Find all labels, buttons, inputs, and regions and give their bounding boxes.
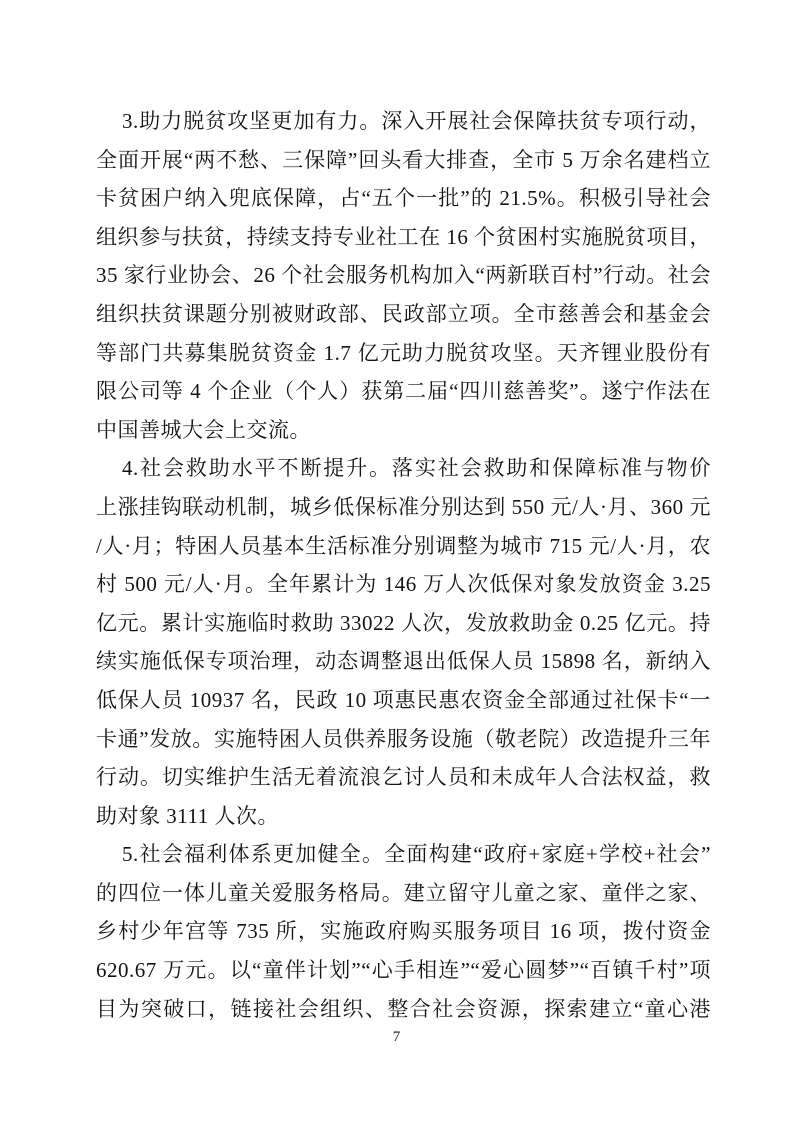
text-line: 5.社会福利体系更加健全。全面构建“政府+家庭+学校+社会” [96,835,711,874]
document-page: 3.助力脱贫攻坚更加有力。深入开展社会保障扶贫专项行动， 全面开展“两不愁、三保… [0,0,793,1122]
text-line: 续实施低保专项治理，动态调整退出低保人员 15898 名，新纳入 [96,642,711,681]
paragraph-3-poverty-alleviation: 3.助力脱贫攻坚更加有力。深入开展社会保障扶贫专项行动， 全面开展“两不愁、三保… [96,102,711,449]
paragraph-4-social-assistance: 4.社会救助水平不断提升。落实社会救助和保障标准与物价 上涨挂钩联动机制，城乡低… [96,449,711,835]
text-line: 等部门共募集脱贫资金 1.7 亿元助力脱贫攻坚。天齐锂业股份有 [96,334,711,373]
text-line: 低保人员 10937 名，民政 10 项惠民惠农资金全部通过社保卡“一 [96,681,711,720]
text-line: 3.助力脱贫攻坚更加有力。深入开展社会保障扶贫专项行动， [96,102,711,141]
paragraph-5-social-welfare: 5.社会福利体系更加健全。全面构建“政府+家庭+学校+社会” 的四位一体儿童关爱… [96,835,711,1028]
text-line: 上涨挂钩联动机制，城乡低保标准分别达到 550 元/人·月、360 元 [96,488,711,527]
text-line: 的四位一体儿童关爱服务格局。建立留守儿童之家、童伴之家、 [96,874,711,913]
text-line: 卡通”发放。实施特困人员供养服务设施（敬老院）改造提升三年 [96,720,711,759]
text-line: 卡贫困户纳入兜底保障，占“五个一批”的 21.5%。积极引导社会 [96,179,711,218]
text-line: 村 500 元/人·月。全年累计为 146 万人次低保对象发放资金 3.25 [96,565,711,604]
page-number: 7 [0,1026,793,1048]
text-line: 限公司等 4 个企业（个人）获第二届“四川慈善奖”。遂宁作法在 [96,372,711,411]
text-line: 助对象 3111 人次。 [96,797,711,836]
text-line: 组织扶贫课题分别被财政部、民政部立项。全市慈善会和基金会 [96,295,711,334]
text-line: 组织参与扶贫，持续支持专业社工在 16 个贫困村实施脱贫项目， [96,218,711,257]
text-line: 35 家行业协会、26 个社会服务机构加入“两新联百村”行动。社会 [96,256,711,295]
text-line: 全面开展“两不愁、三保障”回头看大排查，全市 5 万余名建档立 [96,141,711,180]
text-line: /人·月；特困人员基本生活标准分别调整为城市 715 元/人·月，农 [96,527,711,566]
text-line: 目为突破口，链接社会组织、整合社会资源，探索建立“童心港 [96,990,711,1029]
body-text: 3.助力脱贫攻坚更加有力。深入开展社会保障扶贫专项行动， 全面开展“两不愁、三保… [96,102,711,1028]
text-line: 中国善城大会上交流。 [96,411,711,450]
text-line: 亿元。累计实施临时救助 33022 人次，发放救助金 0.25 亿元。持 [96,604,711,643]
text-line: 4.社会救助水平不断提升。落实社会救助和保障标准与物价 [96,449,711,488]
text-line: 行动。切实维护生活无着流浪乞讨人员和未成年人合法权益，救 [96,758,711,797]
text-line: 乡村少年宫等 735 所，实施政府购买服务项目 16 项，拨付资金 [96,912,711,951]
text-line: 620.67 万元。以“童伴计划”“心手相连”“爱心圆梦”“百镇千村”项 [96,951,711,990]
